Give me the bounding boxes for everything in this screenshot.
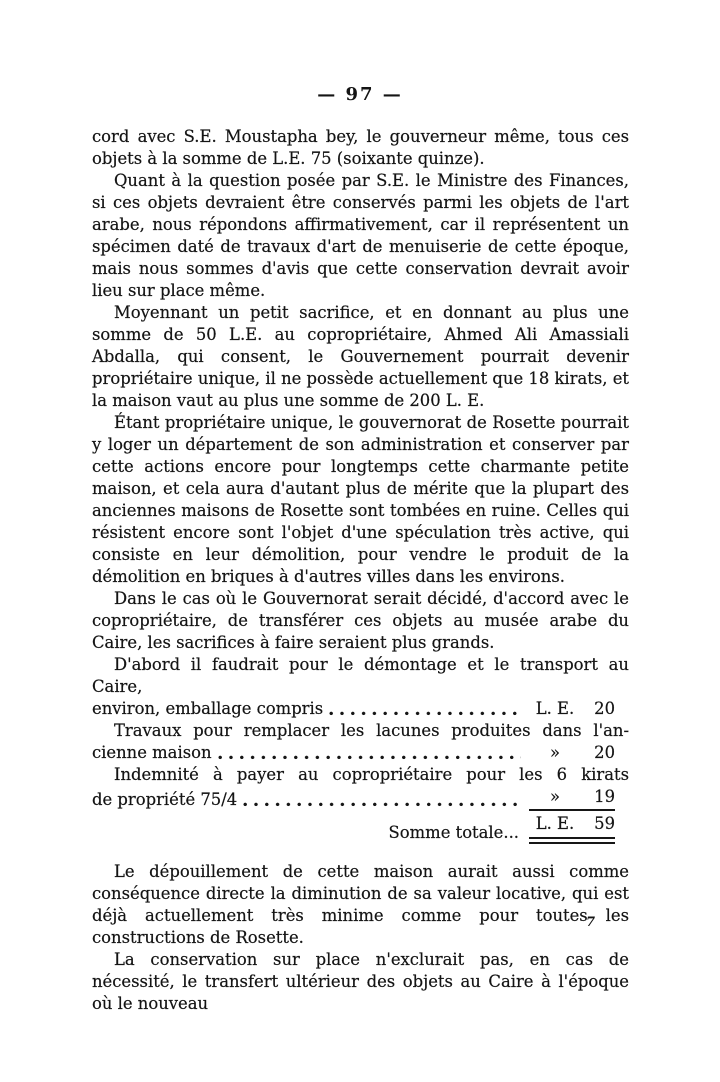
account-entry-text: Travaux pour remplacer les lacunes produ… [92,720,629,742]
account-entry-text: D'abord il faudrait pour le démontage et… [92,654,629,698]
account-entry-row: cienne maison » 20 [92,742,629,764]
dot-leader [218,755,521,760]
account-currency: L. E. [529,813,581,835]
page-number-header: — 97 — [0,84,720,105]
account-total-value-group: L. E. 59 [529,813,615,844]
account-entry: D'abord il faudrait pour le démontage et… [92,654,629,720]
account-value-group: » 20 [529,742,615,764]
paragraph: Moyennant un petit sacrifice, et en donn… [92,302,629,412]
account-ditto-mark: » [529,786,581,808]
account-value-group: L. E. 20 [529,698,615,720]
account-currency: L. E. [529,698,581,720]
account-amount: 20 [581,698,615,720]
dot-leader [243,802,521,807]
page-body-text: cord avec S.E. Moustapha bey, le gouvern… [92,126,629,1015]
paragraph: La conservation sur place n'exclurait pa… [92,949,629,1015]
account-entry-row: environ, emballage compris L. E. 20 [92,698,629,720]
account-entry-text: Indemnité à payer au copropriétaire pour… [92,764,629,786]
account-ditto-mark: » [529,742,581,764]
account-total-label: Somme totale... [389,822,519,844]
account-entry-label: cienne maison [92,742,212,764]
account-total-amount: 59 [581,813,615,835]
paragraph: Le dépouillement de cette maison aurait … [92,861,629,949]
account-amount: 20 [581,742,615,764]
account-entry-row: de propriété 75/4 » 19 [92,786,629,811]
dot-leader [329,711,521,716]
paragraph: cord avec S.E. Moustapha bey, le gouvern… [92,126,629,170]
scanned-book-page: — 97 — cord avec S.E. Moustapha bey, le … [0,0,720,1082]
account-value-group: » 19 [529,786,615,811]
paragraph: Étant propriétaire unique, le gouvernora… [92,412,629,588]
account-entry: Indemnité à payer au copropriétaire pour… [92,764,629,811]
account-entry: Travaux pour remplacer les lacunes produ… [92,720,629,764]
paragraph: Dans le cas où le Gouvernorat serait déc… [92,588,629,654]
printers-signature-mark: 7 [586,915,595,930]
paragraph: Quant à la question posée par S.E. le Mi… [92,170,629,302]
account-entry-label: environ, emballage compris [92,698,323,720]
account-total-row: Somme totale... L. E. 59 [92,813,629,844]
account-amount: 19 [581,786,615,808]
cost-account-table: D'abord il faudrait pour le démontage et… [92,654,629,844]
account-entry-label: de propriété 75/4 [92,789,237,811]
